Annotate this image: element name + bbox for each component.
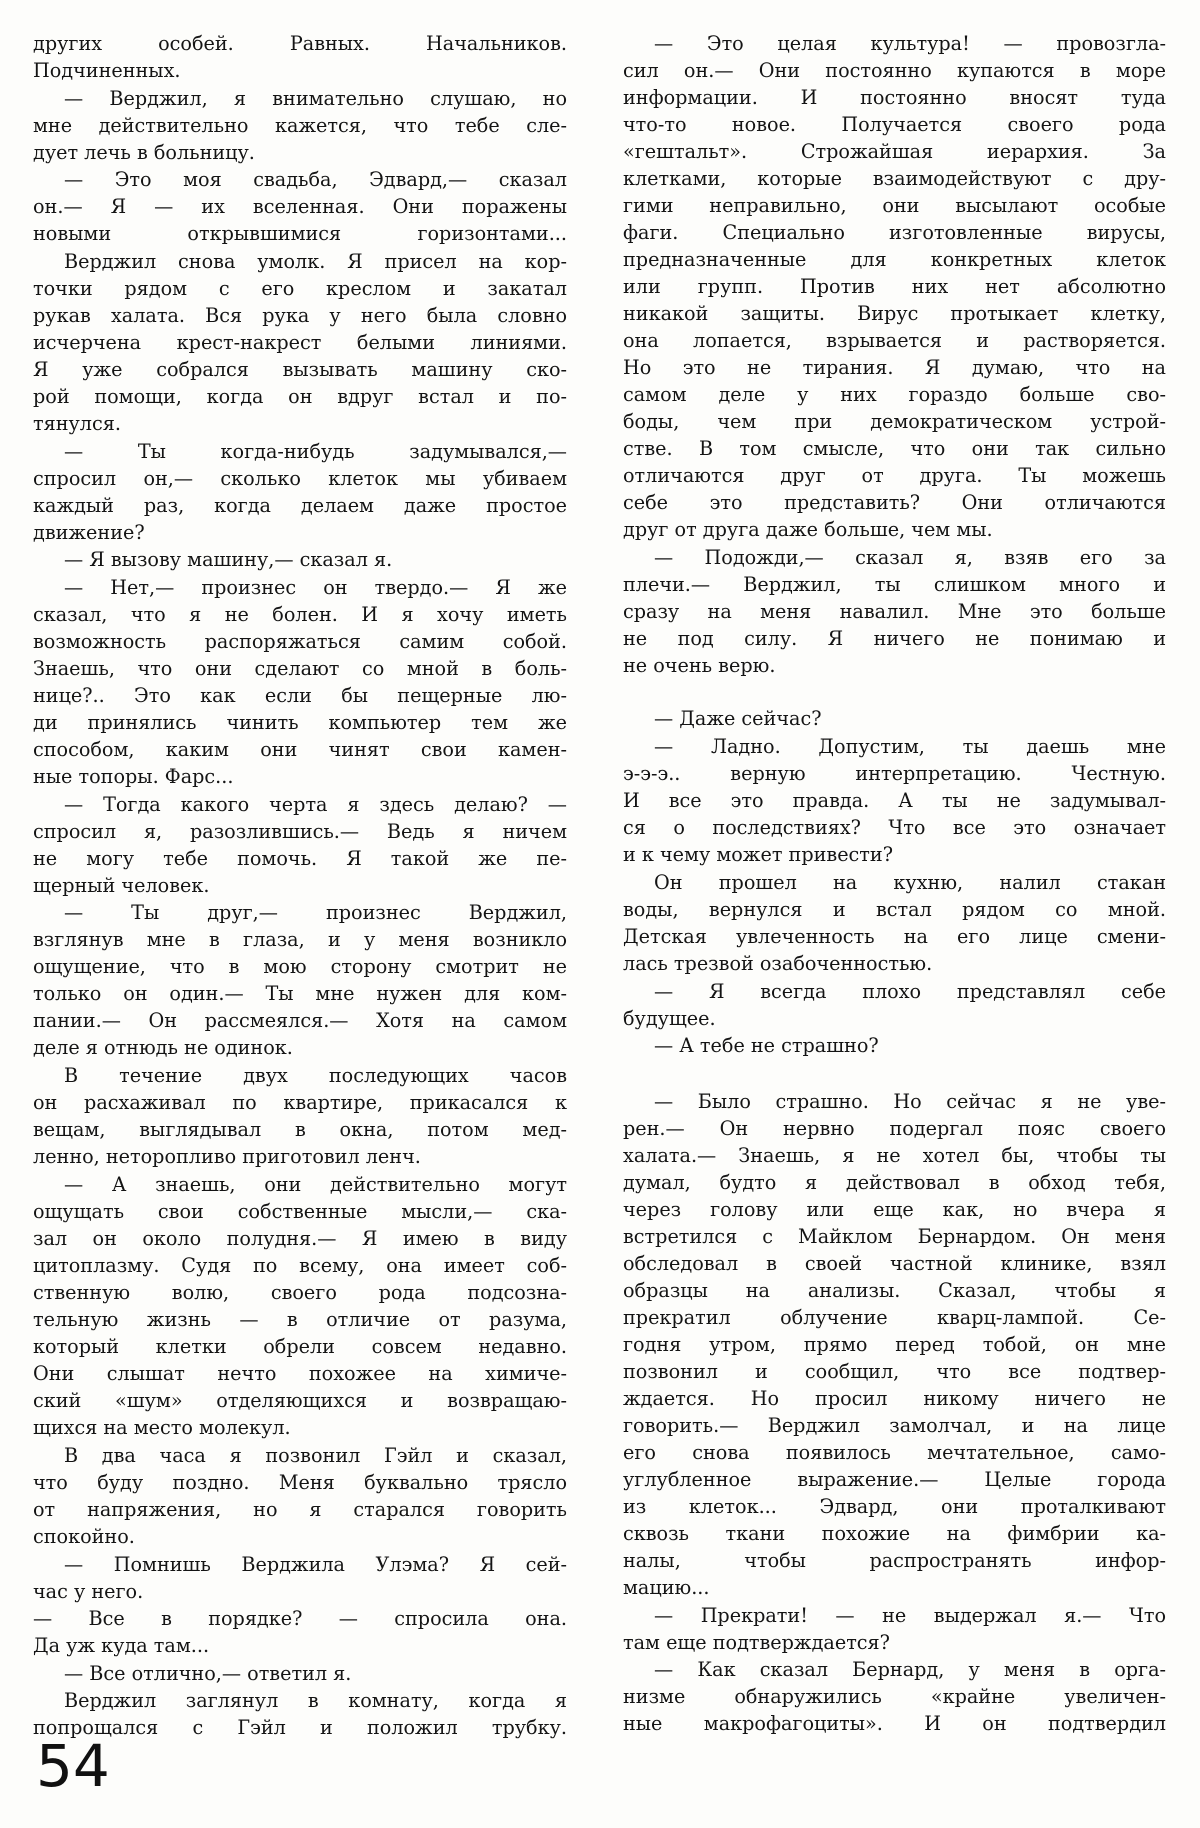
text-line: ди принялись чинить компьютер тем же <box>33 709 567 736</box>
text-line: — Ты друг,— произнес Верджил, <box>33 899 567 926</box>
text-line: — Я всегда плохо представлял себе <box>623 978 1166 1005</box>
text-line: ные топоры. Фарс... <box>33 763 567 790</box>
text-line: и к чему может привести? <box>623 841 1166 868</box>
text-line: боды, чем при демократическом устрой- <box>623 408 1166 435</box>
text-line: дует лечь в больницу. <box>33 139 567 166</box>
text-line: через голову или еще как, но вчера я <box>623 1196 1166 1223</box>
text-line: Верджил заглянул в комнату, когда я <box>33 1687 567 1714</box>
text-line: из клеток... Эдвард, они проталкивают <box>623 1493 1166 1520</box>
text-line: ждается. Но просил никому ничего не <box>623 1385 1166 1412</box>
text-line: — Тогда какого черта я здесь делаю? — <box>33 791 567 818</box>
text-line: — Все отлично,— ответил я. <box>33 1660 567 1687</box>
text-line: — Ты когда-нибудь задумывался,— <box>33 438 567 465</box>
text-line: э-э-э.. верную интерпретацию. Честную. <box>623 760 1166 787</box>
text-line: Но это не тирания. Я думаю, что на <box>623 354 1166 381</box>
text-line: — Это целая культура! — провозгла- <box>623 30 1166 57</box>
text-line: В течение двух последующих часов <box>33 1062 567 1089</box>
text-line: тельную жизнь — в отличие от разума, <box>33 1306 567 1333</box>
text-line: Я уже собрался вызывать машину ско- <box>33 356 567 383</box>
text-line: рукав халата. Вся рука у него была словн… <box>33 302 567 329</box>
text-line: от напряжения, но я старался говорить <box>33 1496 567 1523</box>
text-line: — Даже сейчас? <box>623 705 1166 732</box>
text-line: пании.— Он рассмеялся.— Хотя на самом <box>33 1007 567 1034</box>
text-line: говорить.— Верджил замолчал, и на лице <box>623 1412 1166 1439</box>
text-line: не очень верю. <box>623 652 1166 679</box>
text-line: исчерчена крест-накрест белыми линиями. <box>33 329 567 356</box>
text-line: спросил он,— сколько клеток мы убиваем <box>33 465 567 492</box>
text-line: который клетки обрели совсем недавно. <box>33 1333 567 1360</box>
text-line: сквозь ткани похожие на фимбрии ка- <box>623 1520 1166 1547</box>
text-line: там еще подтверждается? <box>623 1629 1166 1656</box>
text-line: ский «шум» отделяющихся и возвращаю- <box>33 1387 567 1414</box>
text-line: думал, будто я действовал в обход тебя, <box>623 1169 1166 1196</box>
text-line: встретился с Майклом Бернардом. Он меня <box>623 1223 1166 1250</box>
text-line: прекратил облучение кварц-лампой. Се- <box>623 1304 1166 1331</box>
text-line: предназначенные для конкретных клеток <box>623 246 1166 273</box>
text-line: ощущать свои собственные мысли,— ска- <box>33 1198 567 1225</box>
text-line: — Помнишь Верджила Улэма? Я сей- <box>33 1551 567 1578</box>
text-line: точки рядом с его креслом и закатал <box>33 275 567 302</box>
text-line: Подчиненных. <box>33 57 567 84</box>
text-line: способом, каким они чинят свои камен- <box>33 736 567 763</box>
text-line: спокойно. <box>33 1523 567 1550</box>
text-line: образцы на анализы. Сказал, чтобы я <box>623 1277 1166 1304</box>
text-line: низме обнаружились «крайне увеличен- <box>623 1683 1166 1710</box>
text-line: — А тебе не страшно? <box>623 1032 1166 1059</box>
text-line: мацию... <box>623 1574 1166 1601</box>
text-line: будущее. <box>623 1005 1166 1032</box>
text-line: что буду поздно. Меня буквально трясло <box>33 1469 567 1496</box>
text-line: халата.— Знаешь, я не хотел бы, чтобы ты <box>623 1142 1166 1169</box>
text-line: — Нет,— произнес он твердо.— Я же <box>33 574 567 601</box>
text-line: сил он.— Они постоянно купаются в море <box>623 57 1166 84</box>
text-line: И все это правда. А ты не задумывал- <box>623 787 1166 814</box>
text-line: возможность распоряжаться самим собой. <box>33 628 567 655</box>
text-line: взглянув мне в глаза, и у меня возникло <box>33 926 567 953</box>
text-line: движение? <box>33 519 567 546</box>
text-line: никакой защиты. Вирус протыкает клетку, <box>623 300 1166 327</box>
text-line: ся о последствиях? Что все это означает <box>623 814 1166 841</box>
text-line: плечи.— Верджил, ты слишком много и <box>623 571 1166 598</box>
text-line: — Прекрати! — не выдержал я.— Что <box>623 1602 1166 1629</box>
text-line: он.— Я — их вселенная. Они поражены <box>33 193 567 220</box>
text-line: — Как сказал Бернард, у меня в орга- <box>623 1656 1166 1683</box>
text-line: сказал, что я не болен. И я хочу иметь <box>33 601 567 628</box>
text-line: цитоплазму. Судя по всему, она имеет соб… <box>33 1252 567 1279</box>
text-line: годня утром, прямо перед тобой, он мне <box>623 1331 1166 1358</box>
text-line: — Я вызову машину,— сказал я. <box>33 546 567 573</box>
text-line: стве. В том смысле, что они так сильно <box>623 435 1166 462</box>
text-line: друг от друга даже больше, чем мы. <box>623 516 1166 543</box>
text-line: или групп. Против них нет абсолютно <box>623 273 1166 300</box>
text-line: клетками, которые взаимодействуют с дру- <box>623 165 1166 192</box>
text-line: только он один.— Ты мне нужен для ком- <box>33 980 567 1007</box>
text-line: — А знаешь, они действительно могут <box>33 1171 567 1198</box>
text-line: гими неправильно, они высылают особые <box>623 192 1166 219</box>
text-line: Он прошел на кухню, налил стакан <box>623 869 1166 896</box>
text-line: налы, чтобы распространять инфор- <box>623 1547 1166 1574</box>
text-line: В два часа я позвонил Гэйл и сказал, <box>33 1442 567 1469</box>
text-line: — Это моя свадьба, Эдвард,— сказал <box>33 166 567 193</box>
text-line: рен.— Он нервно подергал пояс своего <box>623 1115 1166 1142</box>
text-line: она лопается, взрывается и растворяется. <box>623 327 1166 354</box>
text-line: не под силу. Я ничего не понимаю и <box>623 625 1166 652</box>
text-line: «гештальт». Строжайшая иерархия. За <box>623 138 1166 165</box>
text-line: — Подожди,— сказал я, взяв его за <box>623 544 1166 571</box>
text-line: — Верджил, я внимательно слушаю, но <box>33 85 567 112</box>
text-line: углубленное выражение.— Целые города <box>623 1466 1166 1493</box>
text-line: зал он около полудня.— Я имею в виду <box>33 1225 567 1252</box>
text-line: щерный человек. <box>33 872 567 899</box>
text-line: Знаешь, что они сделают со мной в боль- <box>33 655 567 682</box>
text-line: мне действительно кажется, что тебе сле- <box>33 112 567 139</box>
text-line: его снова появилось мечтательное, само- <box>623 1439 1166 1466</box>
text-line: спросил я, разозлившись.— Ведь я ничем <box>33 818 567 845</box>
page-number: 54 <box>36 1736 110 1796</box>
text-line: — Все в порядке? — спросила она. <box>33 1605 567 1632</box>
text-line: информации. И постоянно вносят туда <box>623 84 1166 111</box>
text-line: себе это представить? Они отличаются <box>623 489 1166 516</box>
text-line: ные макрофагоциты». И он подтвердил <box>623 1710 1166 1737</box>
text-line: — Было страшно. Но сейчас я не уве- <box>623 1088 1166 1115</box>
text-line: обследовал в своей частной клинике, взял <box>623 1250 1166 1277</box>
text-line: нице?.. Это как если бы пещерные лю- <box>33 682 567 709</box>
text-line: попрощался с Гэйл и положил трубку. <box>33 1714 567 1741</box>
text-line: новыми открывшимися горизонтами... <box>33 220 567 247</box>
text-line: Они слышат нечто похожее на химиче- <box>33 1360 567 1387</box>
text-line: Верджил снова умолк. Я присел на кор- <box>33 248 567 275</box>
text-line: сразу на меня навалил. Мне это больше <box>623 598 1166 625</box>
text-line: отличаются друг от друга. Ты можешь <box>623 462 1166 489</box>
text-line: лась трезвой озабоченностью. <box>623 950 1166 977</box>
text-line: щихся на место молекул. <box>33 1414 567 1441</box>
text-line: самом деле у них гораздо больше сво- <box>623 381 1166 408</box>
text-line: — Ладно. Допустим, ты даешь мне <box>623 733 1166 760</box>
text-line: других особей. Равных. Начальников. <box>33 30 567 57</box>
text-line: фаги. Специально изготовленные вирусы, <box>623 219 1166 246</box>
text-line: каждый раз, когда делаем даже простое <box>33 492 567 519</box>
text-line: ленно, неторопливо приготовил ленч. <box>33 1143 567 1170</box>
text-line: ощущение, что в мою сторону смотрит не <box>33 953 567 980</box>
text-line: деле я отнюдь не одинок. <box>33 1034 567 1061</box>
text-line: он расхаживал по квартире, прикасался к <box>33 1089 567 1116</box>
text-line: не могу тебе помочь. Я такой же пе- <box>33 845 567 872</box>
text-line: рой помощи, когда он вдруг встал и по- <box>33 383 567 410</box>
text-line: час у него. <box>33 1578 567 1605</box>
text-line: Детская увлеченность на его лице смени- <box>623 923 1166 950</box>
text-line: вещам, выглядывал в окна, потом мед- <box>33 1116 567 1143</box>
text-line: ственную волю, своего рода подсозна- <box>33 1279 567 1306</box>
text-line: позвонил и сообщил, что все подтвер- <box>623 1358 1166 1385</box>
text-line: Да уж куда там... <box>33 1632 567 1659</box>
text-line: воды, вернулся и встал рядом со мной. <box>623 896 1166 923</box>
text-line: тянулся. <box>33 410 567 437</box>
text-line: что-то новое. Получается своего рода <box>623 111 1166 138</box>
